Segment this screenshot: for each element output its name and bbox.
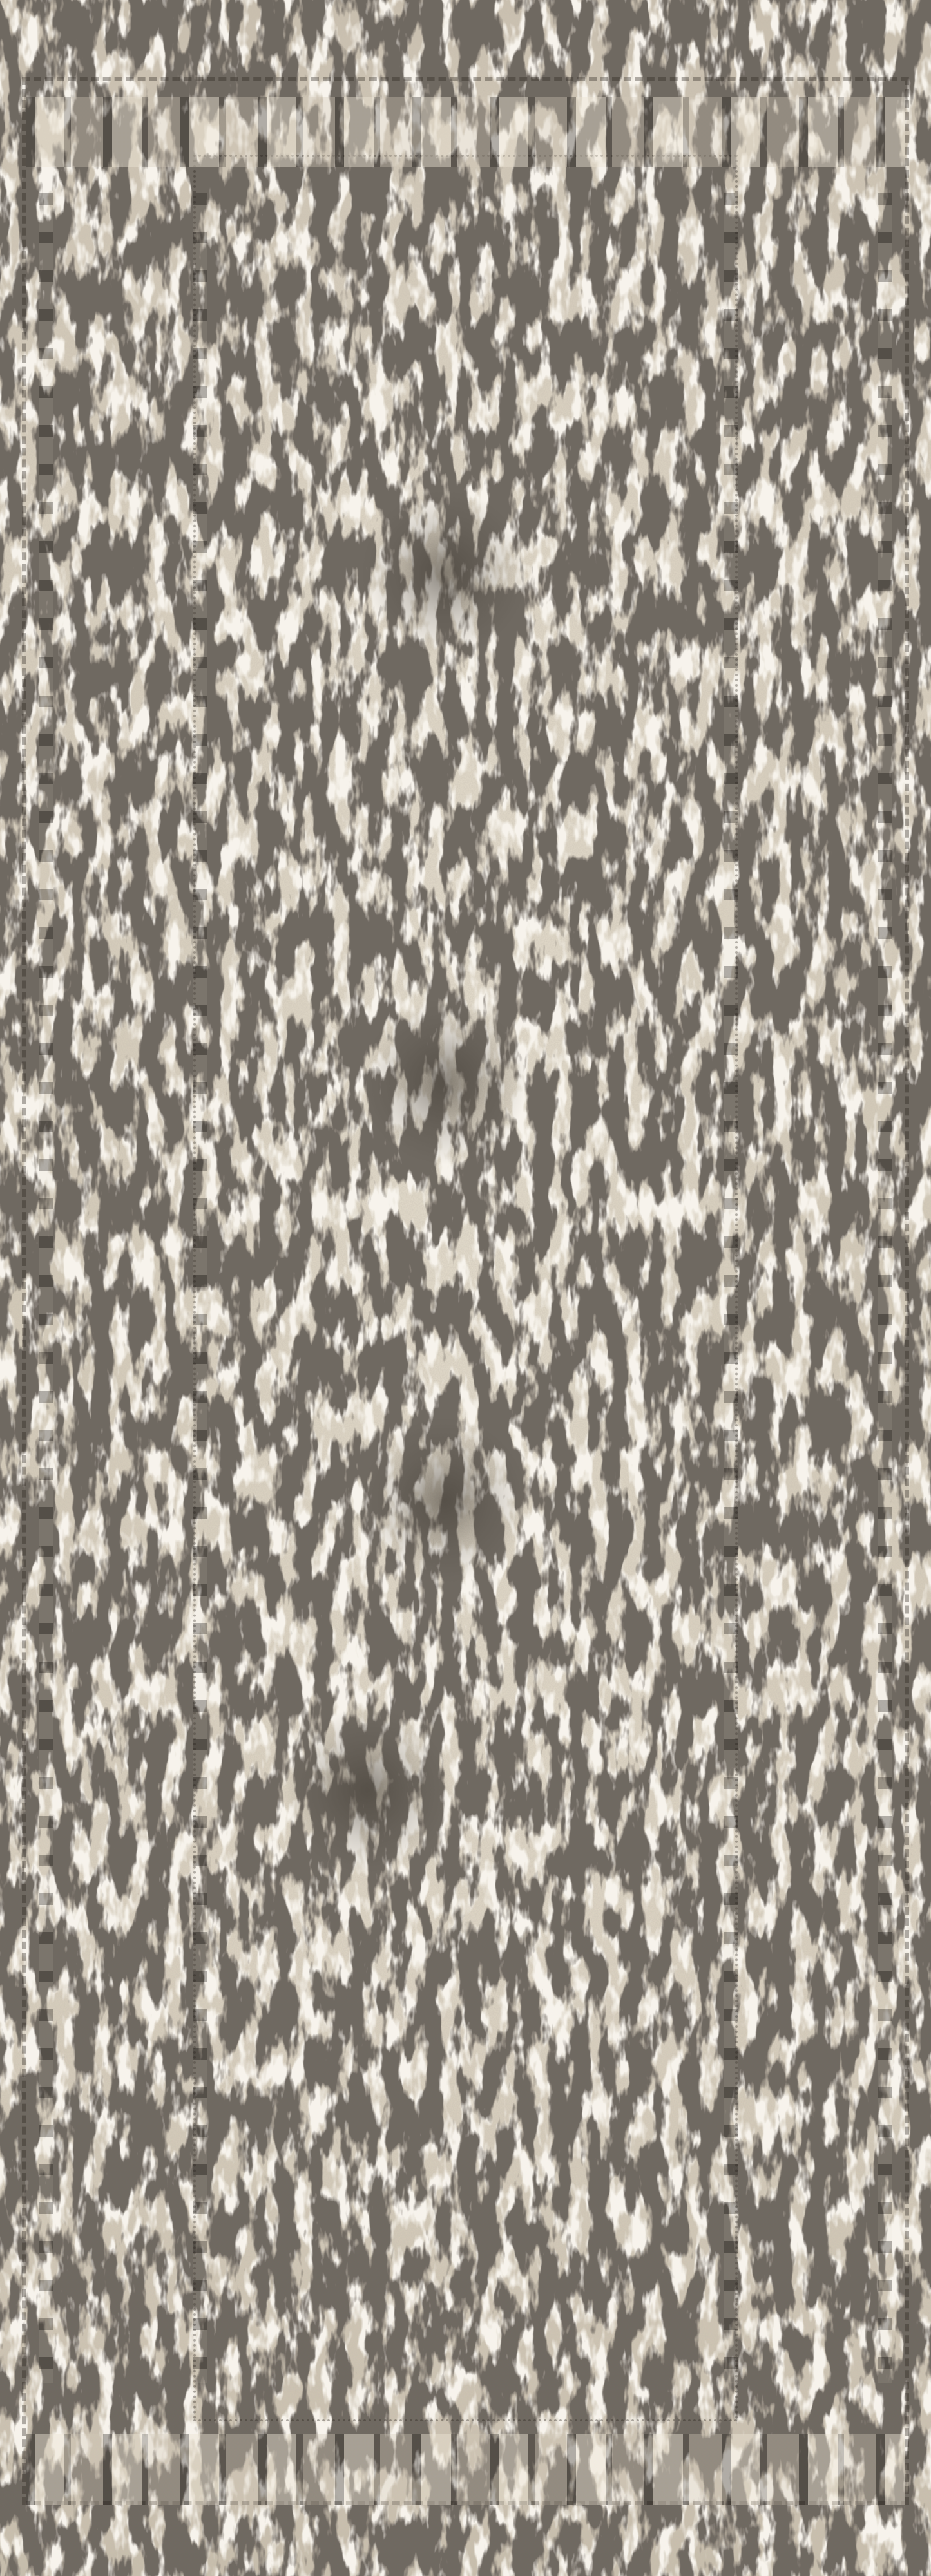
medallion-motif [361, 1417, 528, 1584]
bottom-motif-band [26, 2434, 905, 2505]
medallion-motif [283, 1707, 451, 1874]
rug-photo [0, 0, 931, 2576]
left-column-motif [39, 193, 53, 2383]
right-column-motif [878, 193, 892, 2383]
medallion-motif [361, 489, 528, 657]
left-inner-column-motif [193, 193, 207, 2383]
right-inner-column-motif [724, 193, 738, 2383]
medallion-motif [361, 998, 528, 1166]
top-motif-band [26, 97, 905, 167]
